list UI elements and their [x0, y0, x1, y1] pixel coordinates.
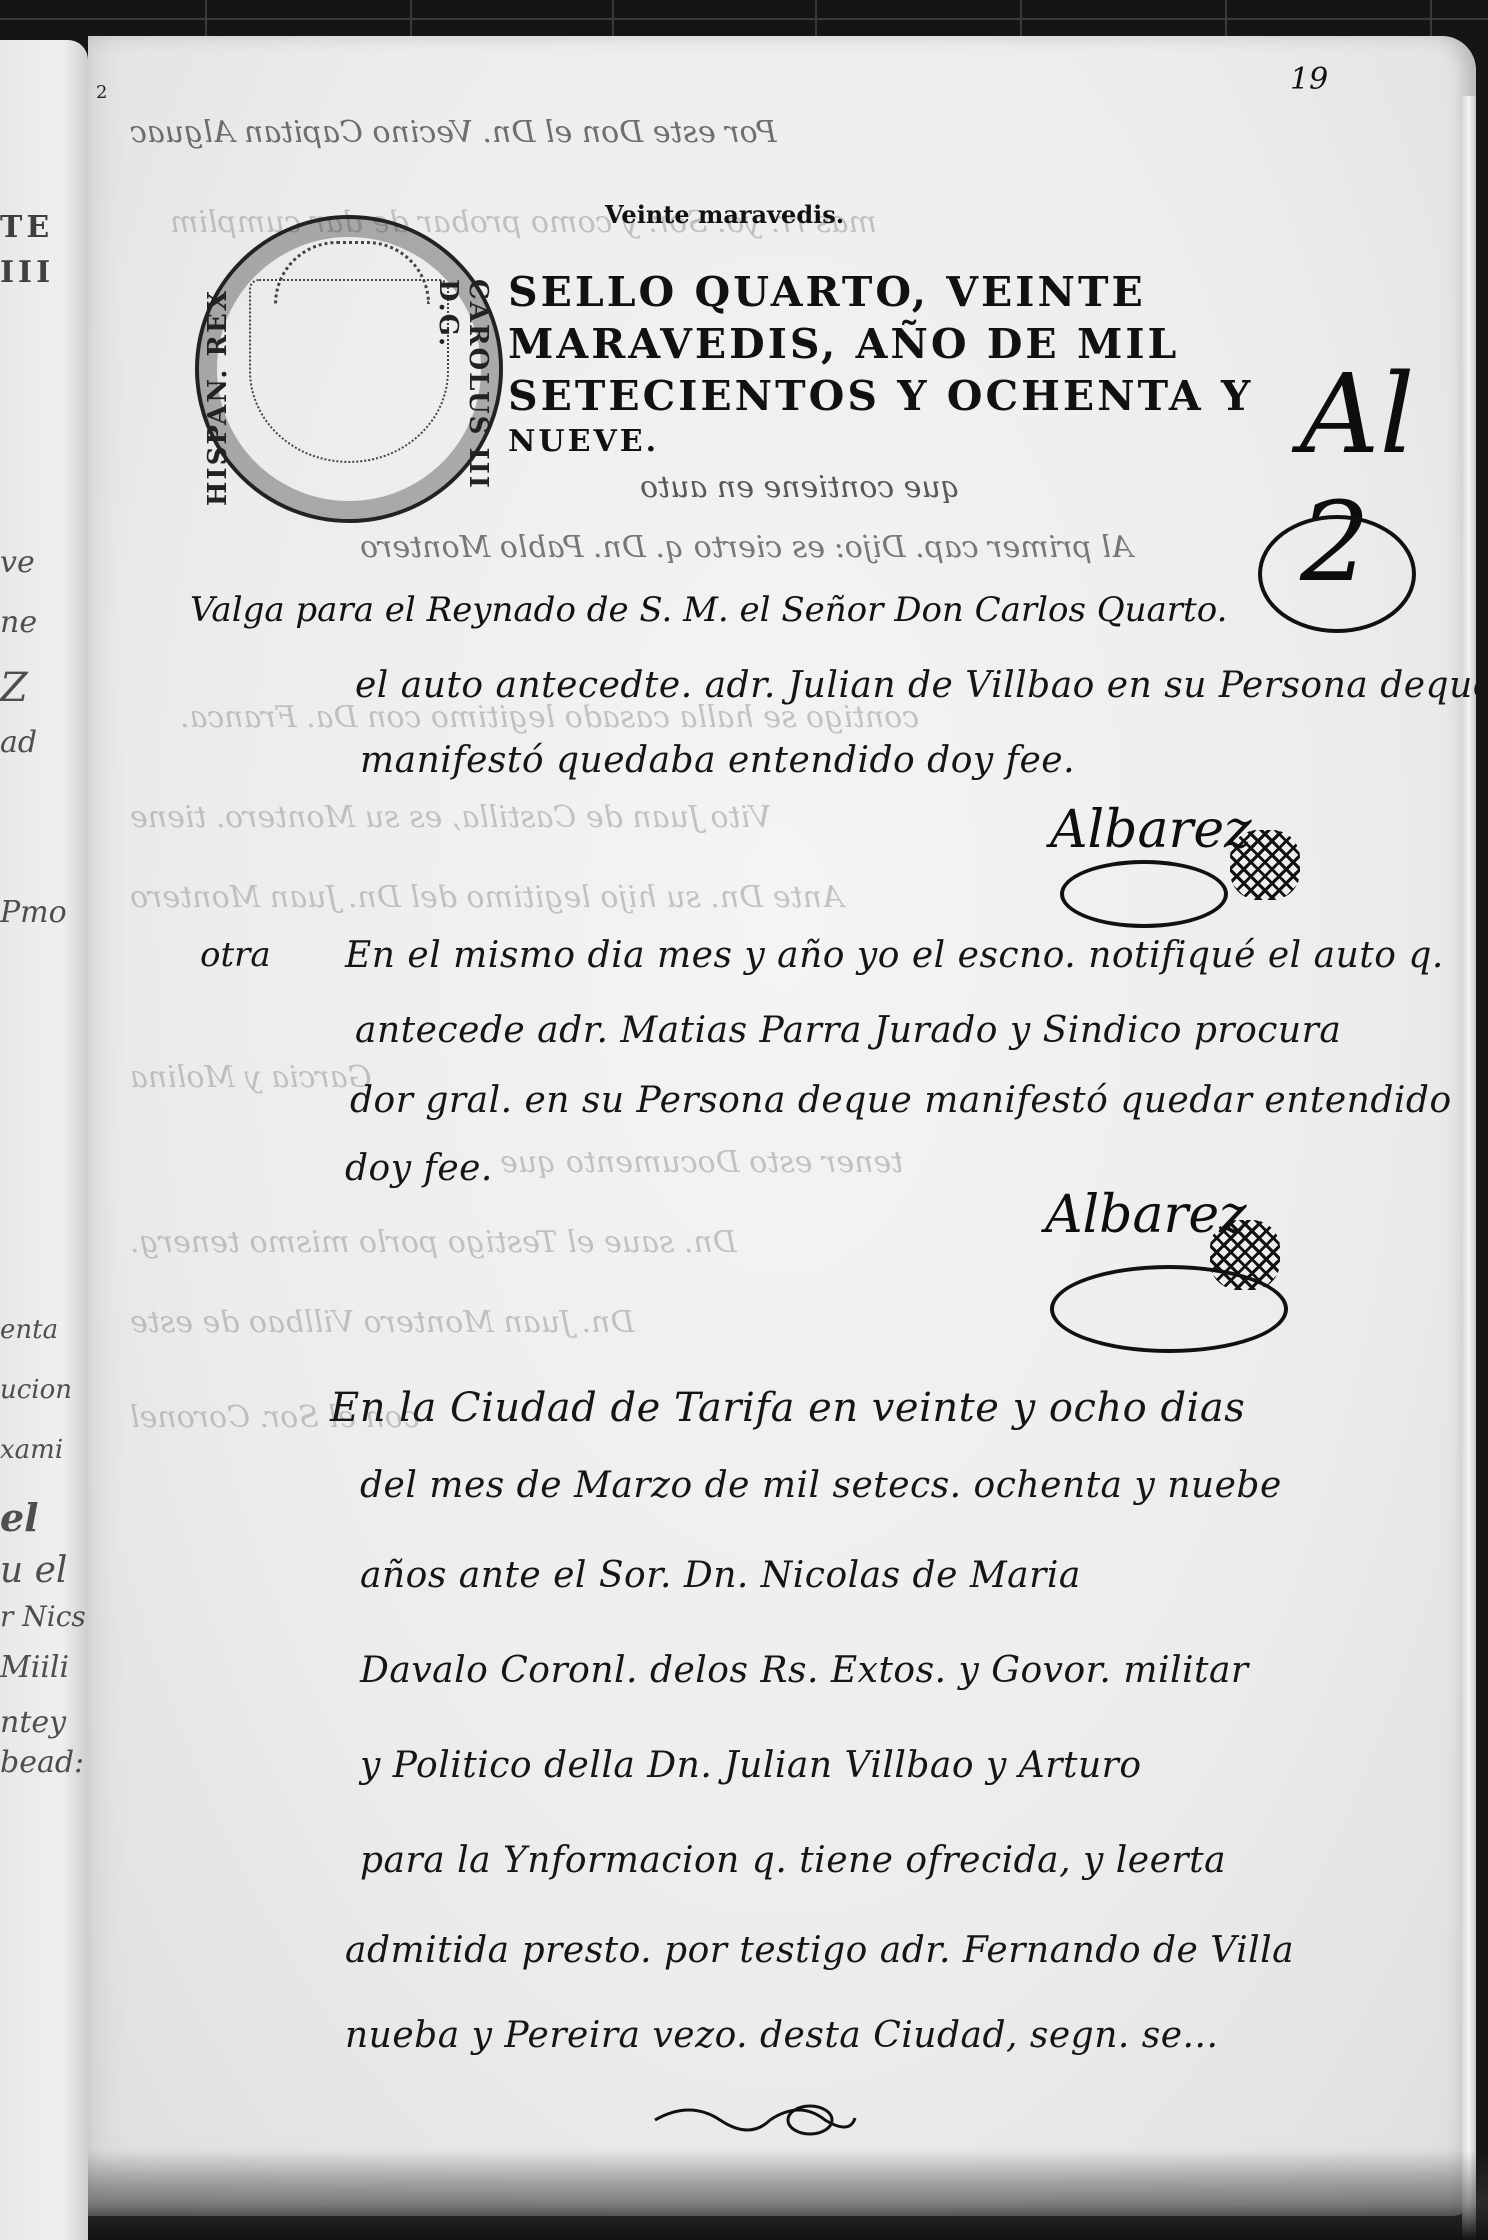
- left-page-fragment: xami: [0, 1435, 63, 1465]
- signature-flourish-icon: [1050, 1265, 1288, 1353]
- signature-rubric-icon: [1230, 830, 1300, 900]
- entry-2-line: doy fee.: [345, 1148, 493, 1189]
- entry-1-line: el auto antecedte. adr. Julian de Villba…: [355, 665, 1488, 706]
- stamp-line: SELLO QUARTO, VEINTE: [508, 268, 1146, 316]
- entry-3-line: del mes de Marzo de mil setecs. ochenta …: [360, 1465, 1282, 1506]
- bleed-through-text: Al primer cap. Dijo: es cierto q. Dn. Pa…: [360, 530, 1133, 565]
- seal-legend: CAROLUS III D.G.: [433, 279, 493, 519]
- royal-seal-stamp: CAROLUS III D.G. HISPAN. REX: [195, 215, 503, 523]
- left-page-fragment: ve: [0, 545, 35, 580]
- entry-3-line: años ante el Sor. Dn. Nicolas de Maria: [360, 1555, 1081, 1596]
- bleed-through-text: Vito Juan de Castilla, es su Montero. ti…: [130, 800, 771, 835]
- stamp-value-heading: Veinte maravedis.: [605, 200, 844, 229]
- validation-line: Valga para el Reynado de S. M. el Señor …: [190, 590, 1227, 630]
- left-page-fragment: ntey: [0, 1705, 66, 1740]
- left-facing-page: TE III ve ne Z ad Pmo enta ucion xami el…: [0, 40, 88, 2240]
- entry-3-line: En la Ciudad de Tarifa en veinte y ocho …: [330, 1385, 1245, 1431]
- entry-2-line: En el mismo dia mes y año yo el escno. n…: [345, 935, 1444, 976]
- bleed-through-text: Ante Dn. su hijo legitimo del Dn. Juan M…: [130, 880, 844, 915]
- bleed-through-text: Por este Don el Dn. Vecino Capitan Algua…: [130, 115, 777, 150]
- bleed-through-text: Dn. saue el Testigo porlo mismo tenerg.: [130, 1225, 737, 1260]
- entry-2-line: antecede adr. Matias Parra Jurado y Sind…: [355, 1010, 1341, 1051]
- folio-number: 19: [1290, 62, 1328, 97]
- entry-2-line: dor gral. en su Persona deque manifestó …: [350, 1080, 1452, 1121]
- left-page-fragment: r Nics: [0, 1600, 86, 1633]
- entry-3-line: nueba y Pereira vezo. desta Ciudad, segn…: [345, 2015, 1218, 2056]
- left-page-fragment: Miili: [0, 1650, 69, 1685]
- left-page-fragment: TE: [0, 210, 53, 245]
- entry-3-line: admitida presto. por testigo adr. Fernan…: [345, 1930, 1294, 1971]
- entry-1-line: manifestó quedaba entendido doy fee.: [360, 740, 1075, 781]
- bleed-through-text: tener esto Documento que: [500, 1145, 903, 1180]
- coat-of-arms-icon: [249, 279, 449, 463]
- scanner-grid-line: [0, 18, 1488, 20]
- left-page-fragment: bead:: [0, 1745, 84, 1780]
- corner-mark: 2: [96, 82, 107, 103]
- bleed-through-text: que contiene en auto: [640, 470, 960, 505]
- stamp-line: MARAVEDIS, AÑO DE MIL: [508, 320, 1179, 368]
- page-bottom-shadow: [88, 2150, 1488, 2240]
- left-page-fragment: ucion: [0, 1375, 72, 1405]
- left-page-fragment: III: [0, 255, 54, 290]
- stamp-line: NUEVE.: [508, 424, 659, 459]
- notary-signature: Albarez: [1050, 800, 1252, 860]
- left-page-fragment: el: [0, 1495, 39, 1540]
- closing-flourish-icon: [650, 2100, 860, 2140]
- left-page-fragment: Z: [0, 665, 28, 711]
- margin-note: otra: [200, 935, 271, 975]
- entry-3-line: y Politico della Dn. Julian Villbao y Ar…: [360, 1745, 1142, 1786]
- bleed-through-text: Garcia y Molina: [130, 1060, 372, 1095]
- entry-3-line: Davalo Coronl. delos Rs. Extos. y Govor.…: [360, 1650, 1249, 1691]
- entry-3-line: para la Ynformacion q. tiene ofrecida, y…: [360, 1840, 1226, 1881]
- signature-flourish-icon: [1060, 860, 1228, 928]
- seal-legend: HISPAN. REX: [203, 289, 233, 506]
- left-page-fragment: u el: [0, 1550, 67, 1591]
- bleed-through-text: Dn. Juan Montero Villbao de este: [130, 1305, 634, 1340]
- left-page-fragment: Pmo: [0, 895, 67, 930]
- stamp-line: SETECIENTOS Y OCHENTA Y: [508, 372, 1253, 420]
- rubric-flourish-icon: [1258, 515, 1416, 633]
- left-page-fragment: ne: [0, 605, 37, 640]
- left-page-fragment: ad: [0, 725, 37, 760]
- left-page-fragment: enta: [0, 1315, 58, 1345]
